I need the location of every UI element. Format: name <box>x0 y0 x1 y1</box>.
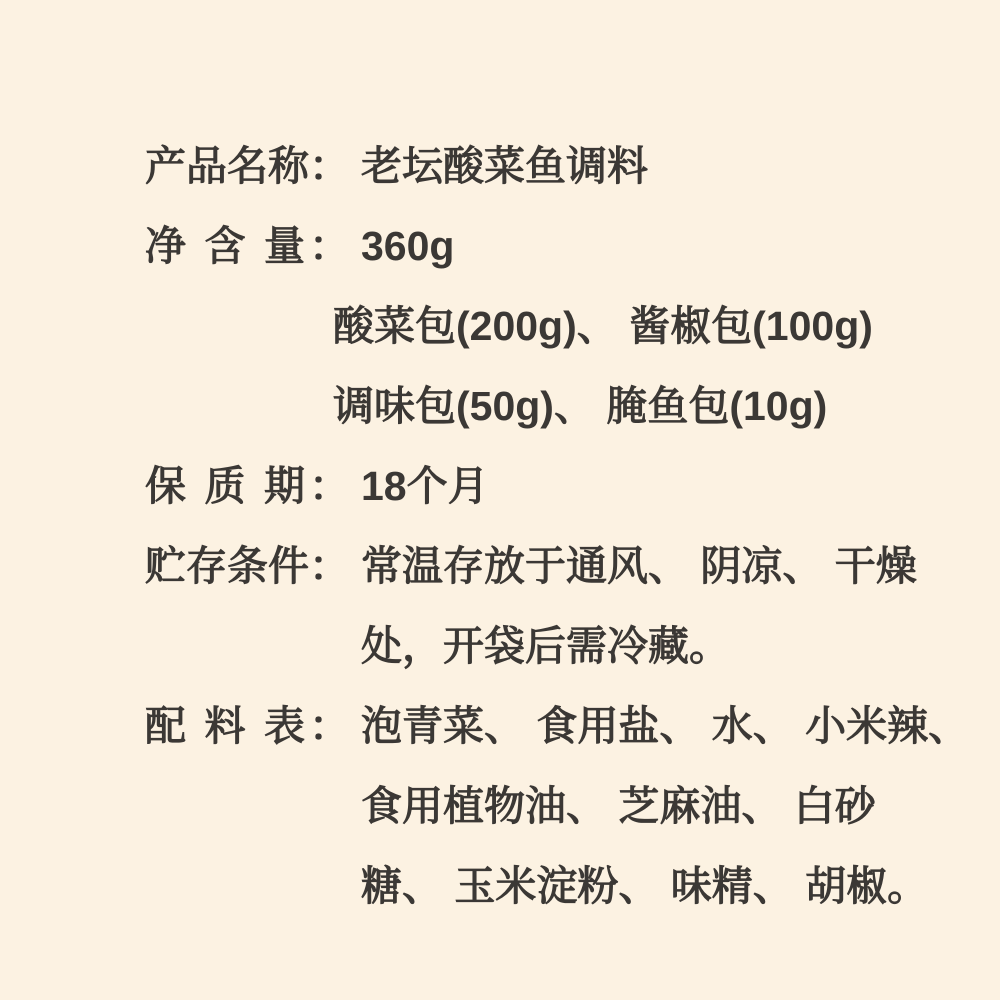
spec-row-storage: 贮存条件 ： 常温存放于通风、 阴凉、 干燥 处，开袋后需冷藏。 <box>145 526 930 686</box>
shelf-life-text: 18个月 <box>361 446 930 526</box>
storage-line-1: 常温存放于通风、 阴凉、 干燥 <box>361 526 930 606</box>
packet-detail-line-2: 调味包(50g)、 腌鱼包(10g) <box>333 366 930 446</box>
spec-value-storage: 常温存放于通风、 阴凉、 干燥 处，开袋后需冷藏。 <box>361 526 930 686</box>
colon-separator: ： <box>305 686 361 766</box>
product-name-text: 老坛酸菜鱼调料 <box>361 126 930 206</box>
product-detail-page: { "theme": { "background": "#fcf2e2", "t… <box>0 0 1000 1000</box>
spec-value-net-weight: 360g 酸菜包(200g)、 酱椒包(100g) 调味包(50g)、 腌鱼包(… <box>361 206 930 446</box>
ingredients-line-3: 糖、 玉米淀粉、 味精、 胡椒。 <box>361 846 930 926</box>
colon-separator: ： <box>305 206 361 286</box>
spec-value-shelf-life: 18个月 <box>361 446 930 526</box>
colon-separator: ： <box>305 446 361 526</box>
colon-separator: ： <box>305 126 361 206</box>
ingredients-line-2: 食用植物油、 芝麻油、 白砂 <box>361 766 930 846</box>
colon-separator: ： <box>305 526 361 606</box>
product-spec-sheet: 产品名称 ： 老坛酸菜鱼调料 净 含 量 ： 360g 酸菜包(200g)、 酱… <box>0 0 1000 1000</box>
spec-row-ingredients: 配 料 表 ： 泡青菜、 食用盐、 水、 小米辣、 食用植物油、 芝麻油、 白砂… <box>145 686 930 926</box>
spec-label-shelf-life: 保 质 期 <box>145 446 305 526</box>
spec-row-net-weight: 净 含 量 ： 360g 酸菜包(200g)、 酱椒包(100g) 调味包(50… <box>145 206 930 446</box>
spec-label-net-weight: 净 含 量 <box>145 206 305 286</box>
net-weight-text: 360g <box>361 206 930 286</box>
ingredients-line-1: 泡青菜、 食用盐、 水、 小米辣、 <box>361 686 930 766</box>
spec-row-shelf-life: 保 质 期 ： 18个月 <box>145 446 930 526</box>
spec-value-ingredients: 泡青菜、 食用盐、 水、 小米辣、 食用植物油、 芝麻油、 白砂 糖、 玉米淀粉… <box>361 686 930 926</box>
spec-value-product-name: 老坛酸菜鱼调料 <box>361 126 930 206</box>
spec-label-ingredients: 配 料 表 <box>145 686 305 766</box>
storage-line-2: 处，开袋后需冷藏。 <box>361 606 930 686</box>
spec-label-storage: 贮存条件 <box>145 526 305 606</box>
spec-label-product-name: 产品名称 <box>145 126 305 206</box>
packet-detail-line-1: 酸菜包(200g)、 酱椒包(100g) <box>333 286 930 366</box>
spec-row-product-name: 产品名称 ： 老坛酸菜鱼调料 <box>145 126 930 206</box>
